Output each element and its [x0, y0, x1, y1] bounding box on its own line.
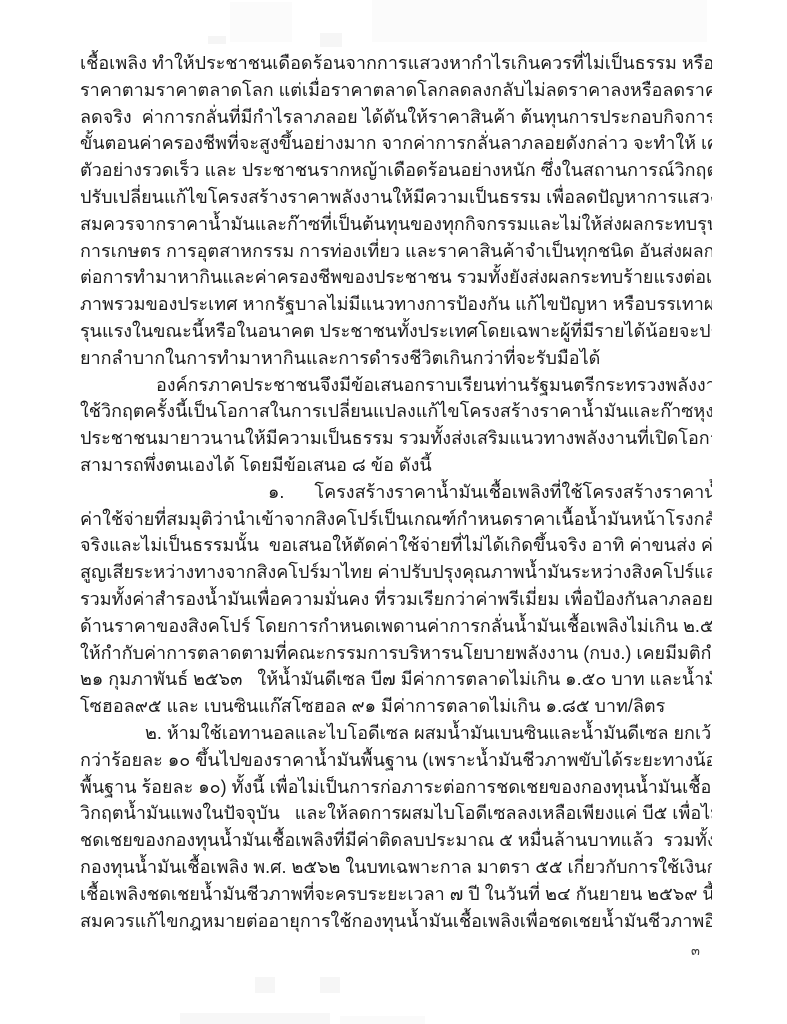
text-line: สามารถพึ่งตนเองได้ โดยมีข้อเสนอ ๘ ข้อ ดั…: [80, 452, 712, 479]
text-line: ยากลำบากในการทำมาหากินและการดำรงชีวิตเกิ…: [80, 345, 712, 372]
text-line: ค่าใช้จ่ายที่สมมุติว่านำเข้าจากสิงคโปร์เ…: [80, 506, 712, 533]
text-line: รวมทั้งค่าสำรองน้ำมันเพื่อความมั่นคง ที่…: [80, 586, 712, 613]
scanned-document-page: เชื้อเพลิง ทำให้ประชาชนเดือดร้อนจากการแส…: [0, 0, 787, 1024]
page-number: ๓: [691, 942, 700, 960]
text-line: เชื้อเพลิง ทำให้ประชาชนเดือดร้อนจากการแส…: [80, 50, 712, 77]
text-line: กองทุนน้ำมันเชื้อเพลิง พ.ศ. ๒๕๖๒ ในบทเฉพ…: [80, 854, 712, 881]
scan-artifact-top-left: [230, 2, 292, 42]
text-line: สมควรจากราคาน้ำมันและก๊าซที่เป็นต้นทุนขอ…: [80, 211, 712, 238]
text-line: ใช้วิกฤตครั้งนี้เป็นโอกาสในการเปลี่ยนแปล…: [80, 398, 712, 425]
text-line: ราคาตามราคาตลาดโลก แต่เมื่อราคาตลาดโลกลด…: [80, 77, 712, 104]
text-line: สูญเสียระหว่างทางจากสิงคโปร์มาไทย ค่าปรั…: [80, 559, 712, 586]
text-line: ประชาชนมายาวนานให้มีความเป็นธรรม รวมทั้ง…: [80, 425, 712, 452]
text-line: ด้านราคาของสิงคโปร์ โดยการกำหนดเพดานค่าก…: [80, 613, 712, 640]
text-line: ตัวอย่างรวดเร็ว และ ประชาชนรากหญ้าเดือดร…: [80, 157, 712, 184]
text-line: วิกฤตน้ำมันแพงในปัจจุบัน และให้ลดการผสมไ…: [80, 800, 712, 827]
scan-artifact-bottom: [255, 977, 275, 993]
text-line: พื้นฐาน ร้อยละ ๑๐) ทั้งนี้ เพื่อไม่เป็นก…: [80, 774, 712, 801]
text-line: กว่าร้อยละ ๑๐ ขึ้นไปของราคาน้ำมันพื้นฐาน…: [80, 747, 712, 774]
text-line: ขั้นตอนค่าครองชีพที่จะสูงขึ้นอย่างมาก จา…: [80, 130, 712, 157]
text-line: ชดเชยของกองทุนน้ำมันเชื้อเพลิงที่มีค่าติ…: [80, 827, 712, 854]
scan-artifact-top-right: [372, 0, 707, 42]
text-line: รุนแรงในขณะนี้หรือในอนาคต ประชาชนทั้งประ…: [80, 318, 712, 345]
scan-artifact-bottom-band: [340, 1016, 425, 1024]
text-line: สมควรแก้ไขกฎหมายต่ออายุการใช้กองทุนน้ำมั…: [80, 908, 712, 935]
text-line: ให้กำกับค่าการตลาดตามที่คณะกรรมการบริหาร…: [80, 640, 712, 667]
scan-artifact-dot: [208, 36, 226, 44]
scan-artifact-bottom: [320, 977, 340, 993]
text-line: จริงและไม่เป็นธรรมนั้น ขอเสนอให้ตัดค่าใช…: [80, 532, 712, 559]
text-line: ต่อการทำมาหากินและค่าครองชีพของประชาชน ร…: [80, 264, 712, 291]
scan-artifact-bottom-band: [180, 1013, 330, 1024]
text-line: การเกษตร การอุตสาหกรรม การท่องเที่ยว และ…: [80, 238, 712, 265]
text-line: เชื้อเพลิงชดเชยน้ำมันชีวภาพที่จะครบระยะเ…: [80, 881, 712, 908]
text-line: ๑. โครงสร้างราคาน้ำมันเชื้อเพลิงที่ใช้โค…: [80, 479, 712, 506]
text-line: ปรับเปลี่ยนแก้ไขโครงสร้างราคาพลังงานให้ม…: [80, 184, 712, 211]
scan-artifact-dot: [320, 33, 342, 47]
text-line: ๒. ห้ามใช้เอทานอลและไบโอดีเซล ผสมน้ำมันเ…: [80, 720, 712, 747]
text-line: ลดจริง ค่าการกลั่นที่มีกำไรลาภลอย ได้ดัน…: [80, 104, 712, 131]
text-line: องค์กรภาคประชาชนจึงมีข้อเสนอกราบเรียนท่า…: [80, 372, 712, 399]
text-line: โซฮอล๙๕ และ เบนซินแก๊สโซฮอล ๙๑ มีค่าการต…: [80, 693, 712, 720]
document-body: เชื้อเพลิง ทำให้ประชาชนเดือดร้อนจากการแส…: [80, 50, 712, 934]
text-line: ๒๑ กุมภาพันธ์ ๒๕๖๓ ให้น้ำมันดีเซล บี๗ มี…: [80, 666, 712, 693]
text-line: ภาพรวมของประเทศ หากรัฐบาลไม่มีแนวทางการป…: [80, 291, 712, 318]
